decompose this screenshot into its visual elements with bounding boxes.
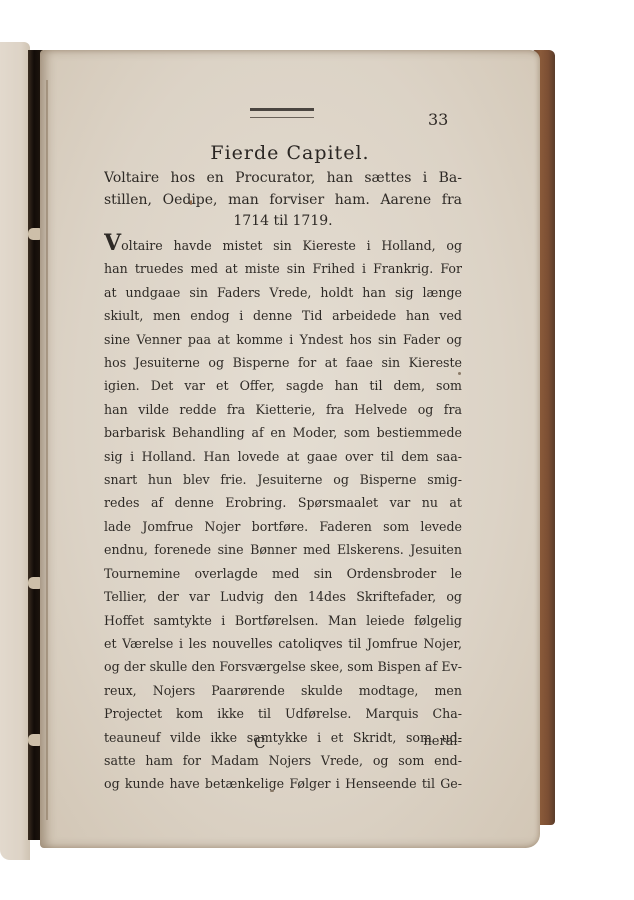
chapter-summary: Voltaire hos en Procurator, han sættes i… [104, 168, 462, 233]
text-line: endnu, forenede sine Bønner med Elskeren… [104, 538, 462, 561]
summary-line: stillen, Oedipe, man forviser ham. Aaren… [104, 190, 462, 212]
text-line: Tournemine overlagde med sin Ordensbrode… [104, 562, 462, 585]
text-line: han truedes med at miste sin Frihed i Fr… [104, 257, 462, 280]
text-line: et Værelse i les nouvelles catoliqves ti… [104, 632, 462, 655]
text-line: sig i Holland. Han lovede at gaae over t… [104, 445, 462, 468]
text-line: han vilde redde fra Kietterie, fra Helve… [104, 398, 462, 421]
paper-speck [190, 200, 192, 205]
catchword: neral- [423, 734, 462, 749]
summary-line: 1714 til 1719. [104, 211, 462, 233]
text-line: reux, Nojers Paarørende skulde modtage, … [104, 679, 462, 702]
text-line: Hoffet samtykte i Bortførelsen. Man leie… [104, 609, 462, 632]
text-line: at undgaae sin Faders Vrede, holdt han s… [104, 281, 462, 304]
page-footer: C neral- [104, 734, 462, 754]
summary-line: Voltaire hos en Procurator, han sættes i… [104, 168, 462, 190]
book-page: 33 Fierde Capitel. Voltaire hos en Procu… [40, 50, 540, 848]
text-line: barbarisk Behandling af en Moder, som be… [104, 421, 462, 444]
text-line: Tellier, der var Ludvig den 14des Skrift… [104, 585, 462, 608]
text-line: og kunde have betænkelige Følger i Hense… [104, 772, 462, 795]
paper-speck [270, 790, 274, 792]
facing-page-edge [0, 42, 30, 860]
header-ornament-rule [250, 108, 314, 118]
text-line: snart hun blev frie. Jesuiterne og Bispe… [104, 468, 462, 491]
text-line: og der skulle den Forsværgelse skee, som… [104, 655, 462, 678]
text-line: sine Venner paa at komme i Yndest hos si… [104, 328, 462, 351]
text-line: Voltaire havde mistet sin Kiereste i Hol… [104, 232, 462, 257]
text-line: skiult, men endog i denne Tid arbeidede … [104, 304, 462, 327]
text-line: lade Jomfrue Nojer bortføre. Faderen som… [104, 515, 462, 538]
page-number: 33 [428, 110, 448, 129]
text-line: Projectet kom ikke til Udførelse. Marqui… [104, 702, 462, 725]
body-text: Voltaire havde mistet sin Kiereste i Hol… [104, 232, 462, 796]
signature-mark: C [254, 734, 265, 752]
text-line: redes af denne Erobring. Spørsmaalet var… [104, 491, 462, 514]
chapter-title: Fierde Capitel. [40, 142, 540, 164]
paper-speck [458, 372, 461, 375]
text-line: igien. Det var et Offer, sagde han til d… [104, 374, 462, 397]
text-line: hos Jesuiterne og Bisperne for at faae s… [104, 351, 462, 374]
